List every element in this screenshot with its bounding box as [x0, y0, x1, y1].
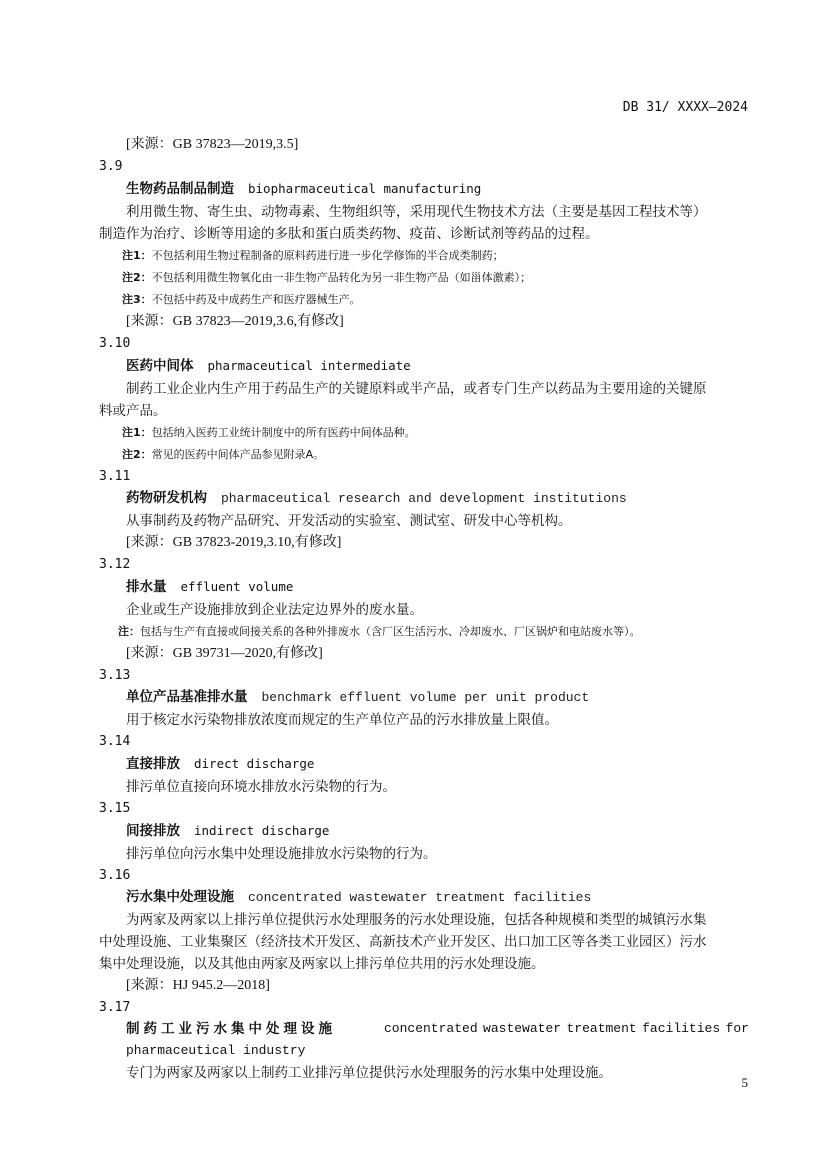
definition: 企业或生产设施排放到企业法定边界外的废水量。 — [99, 599, 749, 621]
term-heading: 生物药品制品制造biopharmaceutical manufacturing — [99, 177, 749, 201]
note-label: 注2： — [122, 448, 152, 461]
term-entry-3-12: 3.12 排水量effluent volume 企业或生产设施排放到企业法定边界… — [99, 554, 749, 665]
term-heading: 制药工业污水集中处理设施 concentrated wastewater tre… — [99, 1018, 749, 1040]
note-text: 不包括中药及中成药生产和医疗器械生产。 — [152, 293, 361, 306]
definition: 专门为两家及两家以上制药工业排污单位提供污水处理服务的污水集中处理设施。 — [99, 1062, 749, 1084]
term-entry-3-10: 3.10 医药中间体pharmaceutical intermediate 制药… — [99, 333, 749, 466]
note-label: 注： — [118, 625, 140, 638]
term-english: indirect discharge — [194, 823, 329, 838]
section-number: 3.15 — [99, 798, 749, 819]
term-heading: 药物研发机构pharmaceutical research and develo… — [99, 487, 749, 510]
section-number: 3.17 — [99, 997, 749, 1018]
term-entry-3-17: 3.17 制药工业污水集中处理设施 concentrated wastewate… — [99, 997, 749, 1084]
source-reference: [来源：GB 37823—2019,3.6,有修改] — [99, 311, 749, 333]
section-number: 3.10 — [99, 333, 749, 354]
note-text: 包括纳入医药工业统计制度中的所有医药中间体品种。 — [152, 426, 416, 439]
term-entry-3-13: 3.13 单位产品基准排水量benchmark effluent volume … — [99, 665, 749, 731]
section-number: 3.12 — [99, 554, 749, 575]
note-text: 包括与生产有直接或间接关系的各种外排废水（含厂区生活污水、冷却废水、厂区锅炉和电… — [140, 625, 641, 638]
definition: 从事制药及药物产品研究、开发活动的实验室、测试室、研发中心等机构。 — [99, 510, 749, 532]
term-english: biopharmaceutical manufacturing — [248, 181, 481, 196]
section-number: 3.14 — [99, 731, 749, 752]
source-reference: [来源：GB 37823-2019,3.10,有修改] — [99, 532, 749, 554]
definition-continued: 料或产品。 — [99, 400, 749, 422]
term-english-word: wastewater — [483, 1018, 561, 1040]
source-reference: [来源：HJ 945.2—2018] — [99, 975, 749, 997]
term-english-word: for — [726, 1018, 749, 1040]
note-label: 注1： — [122, 426, 152, 439]
term-chinese: 排水量 — [126, 579, 167, 595]
note-text: 常见的医药中间体产品参见附录A。 — [152, 448, 325, 461]
note-text: 不包括利用生物过程制备的原料药进行进一步化学修饰的半合成类制药； — [152, 249, 504, 262]
source-reference: [来源：GB 37823—2019,3.5] — [99, 134, 749, 156]
term-english: effluent volume — [181, 579, 294, 594]
term-entry-3-14: 3.14 直接排放direct discharge 排污单位直接向环境水排放水污… — [99, 731, 749, 798]
definition-continued: 中处理设施、工业集聚区（经济技术开发区、高新技术产业开发区、出口加工区等各类工业… — [99, 931, 749, 953]
note-label: 注2： — [122, 271, 152, 284]
section-number: 3.13 — [99, 665, 749, 686]
definition: 排污单位直接向环境水排放水污染物的行为。 — [99, 776, 749, 798]
term-heading: 医药中间体pharmaceutical intermediate — [99, 354, 749, 378]
document-code-header: DB 31/ XXXX—2024 — [623, 100, 748, 115]
term-chinese: 药物研发机构 — [126, 490, 207, 506]
term-heading: 间接排放indirect discharge — [99, 819, 749, 843]
note-text: 不包括利用微生物氧化由一非生物产品转化为另一非生物产品（如甾体激素）； — [152, 271, 532, 284]
definition-continued: 制造作为治疗、诊断等用途的多肽和蛋白质类药物、疫苗、诊断试剂等药品的过程。 — [99, 223, 749, 245]
term-english-word: treatment — [566, 1018, 636, 1040]
note: 注：包括与生产有直接或间接关系的各种外排废水（含厂区生活污水、冷却废水、厂区锅炉… — [99, 621, 749, 643]
note: 注1：不包括利用生物过程制备的原料药进行进一步化学修饰的半合成类制药； — [99, 245, 749, 267]
term-english: concentrated wastewater treatment facili… — [248, 890, 591, 905]
term-chinese: 制药工业污水集中处理设施 — [126, 1018, 336, 1040]
note-label: 注3： — [122, 293, 152, 306]
note: 注2：常见的医药中间体产品参见附录A。 — [99, 444, 749, 466]
term-heading: 单位产品基准排水量benchmark effluent volume per u… — [99, 686, 749, 709]
term-english: benchmark effluent volume per unit produ… — [262, 690, 590, 705]
term-english: concentrated wastewater treatment facili… — [384, 1018, 749, 1040]
note: 注3：不包括中药及中成药生产和医疗器械生产。 — [99, 289, 749, 311]
note: 注1：包括纳入医药工业统计制度中的所有医药中间体品种。 — [99, 422, 749, 444]
term-english-continued: pharmaceutical industry — [99, 1040, 749, 1062]
term-heading: 污水集中处理设施concentrated wastewater treatmen… — [99, 886, 749, 909]
term-heading: 直接排放direct discharge — [99, 752, 749, 776]
term-english-word: facilities — [642, 1018, 720, 1040]
term-chinese: 间接排放 — [126, 823, 180, 839]
document-body: [来源：GB 37823—2019,3.5] 3.9 生物药品制品制造bioph… — [99, 134, 749, 1084]
term-entry-3-11: 3.11 药物研发机构pharmaceutical research and d… — [99, 466, 749, 554]
term-heading: 排水量effluent volume — [99, 575, 749, 599]
term-chinese: 医药中间体 — [126, 358, 194, 374]
term-english-word: concentrated — [384, 1018, 478, 1040]
term-chinese: 直接排放 — [126, 756, 180, 772]
term-chinese: 单位产品基准排水量 — [126, 689, 248, 705]
term-chinese: 污水集中处理设施 — [126, 889, 234, 905]
term-entry-3-15: 3.15 间接排放indirect discharge 排污单位向污水集中处理设… — [99, 798, 749, 865]
term-english: pharmaceutical research and development … — [221, 491, 627, 506]
term-entry-3-9: 3.9 生物药品制品制造biopharmaceutical manufactur… — [99, 156, 749, 333]
definition: 排污单位向污水集中处理设施排放水污染物的行为。 — [99, 843, 749, 865]
note-label: 注1： — [122, 249, 152, 262]
section-number: 3.16 — [99, 865, 749, 886]
note: 注2：不包括利用微生物氧化由一非生物产品转化为另一非生物产品（如甾体激素）； — [99, 267, 749, 289]
definition: 利用微生物、寄生虫、动物毒素、生物组织等，采用现代生物技术方法（主要是基因工程技… — [99, 201, 749, 223]
term-english: direct discharge — [194, 756, 314, 771]
definition: 制药工业企业内生产用于药品生产的关键原料或半产品，或者专门生产以药品为主要用途的… — [99, 378, 749, 400]
definition: 为两家及两家以上排污单位提供污水处理服务的污水处理设施，包括各种规模和类型的城镇… — [99, 909, 749, 931]
source-reference: [来源：GB 39731—2020,有修改] — [99, 643, 749, 665]
page-number: 5 — [742, 1075, 749, 1091]
section-number: 3.11 — [99, 466, 749, 487]
term-chinese: 生物药品制品制造 — [126, 181, 234, 197]
term-english: pharmaceutical intermediate — [208, 358, 411, 373]
definition: 用于核定水污染物排放浓度而规定的生产单位产品的污水排放量上限值。 — [99, 709, 749, 731]
section-number: 3.9 — [99, 156, 749, 177]
definition-continued: 集中处理设施，以及其他由两家及两家以上排污单位共用的污水处理设施。 — [99, 953, 749, 975]
term-entry-3-16: 3.16 污水集中处理设施concentrated wastewater tre… — [99, 865, 749, 997]
